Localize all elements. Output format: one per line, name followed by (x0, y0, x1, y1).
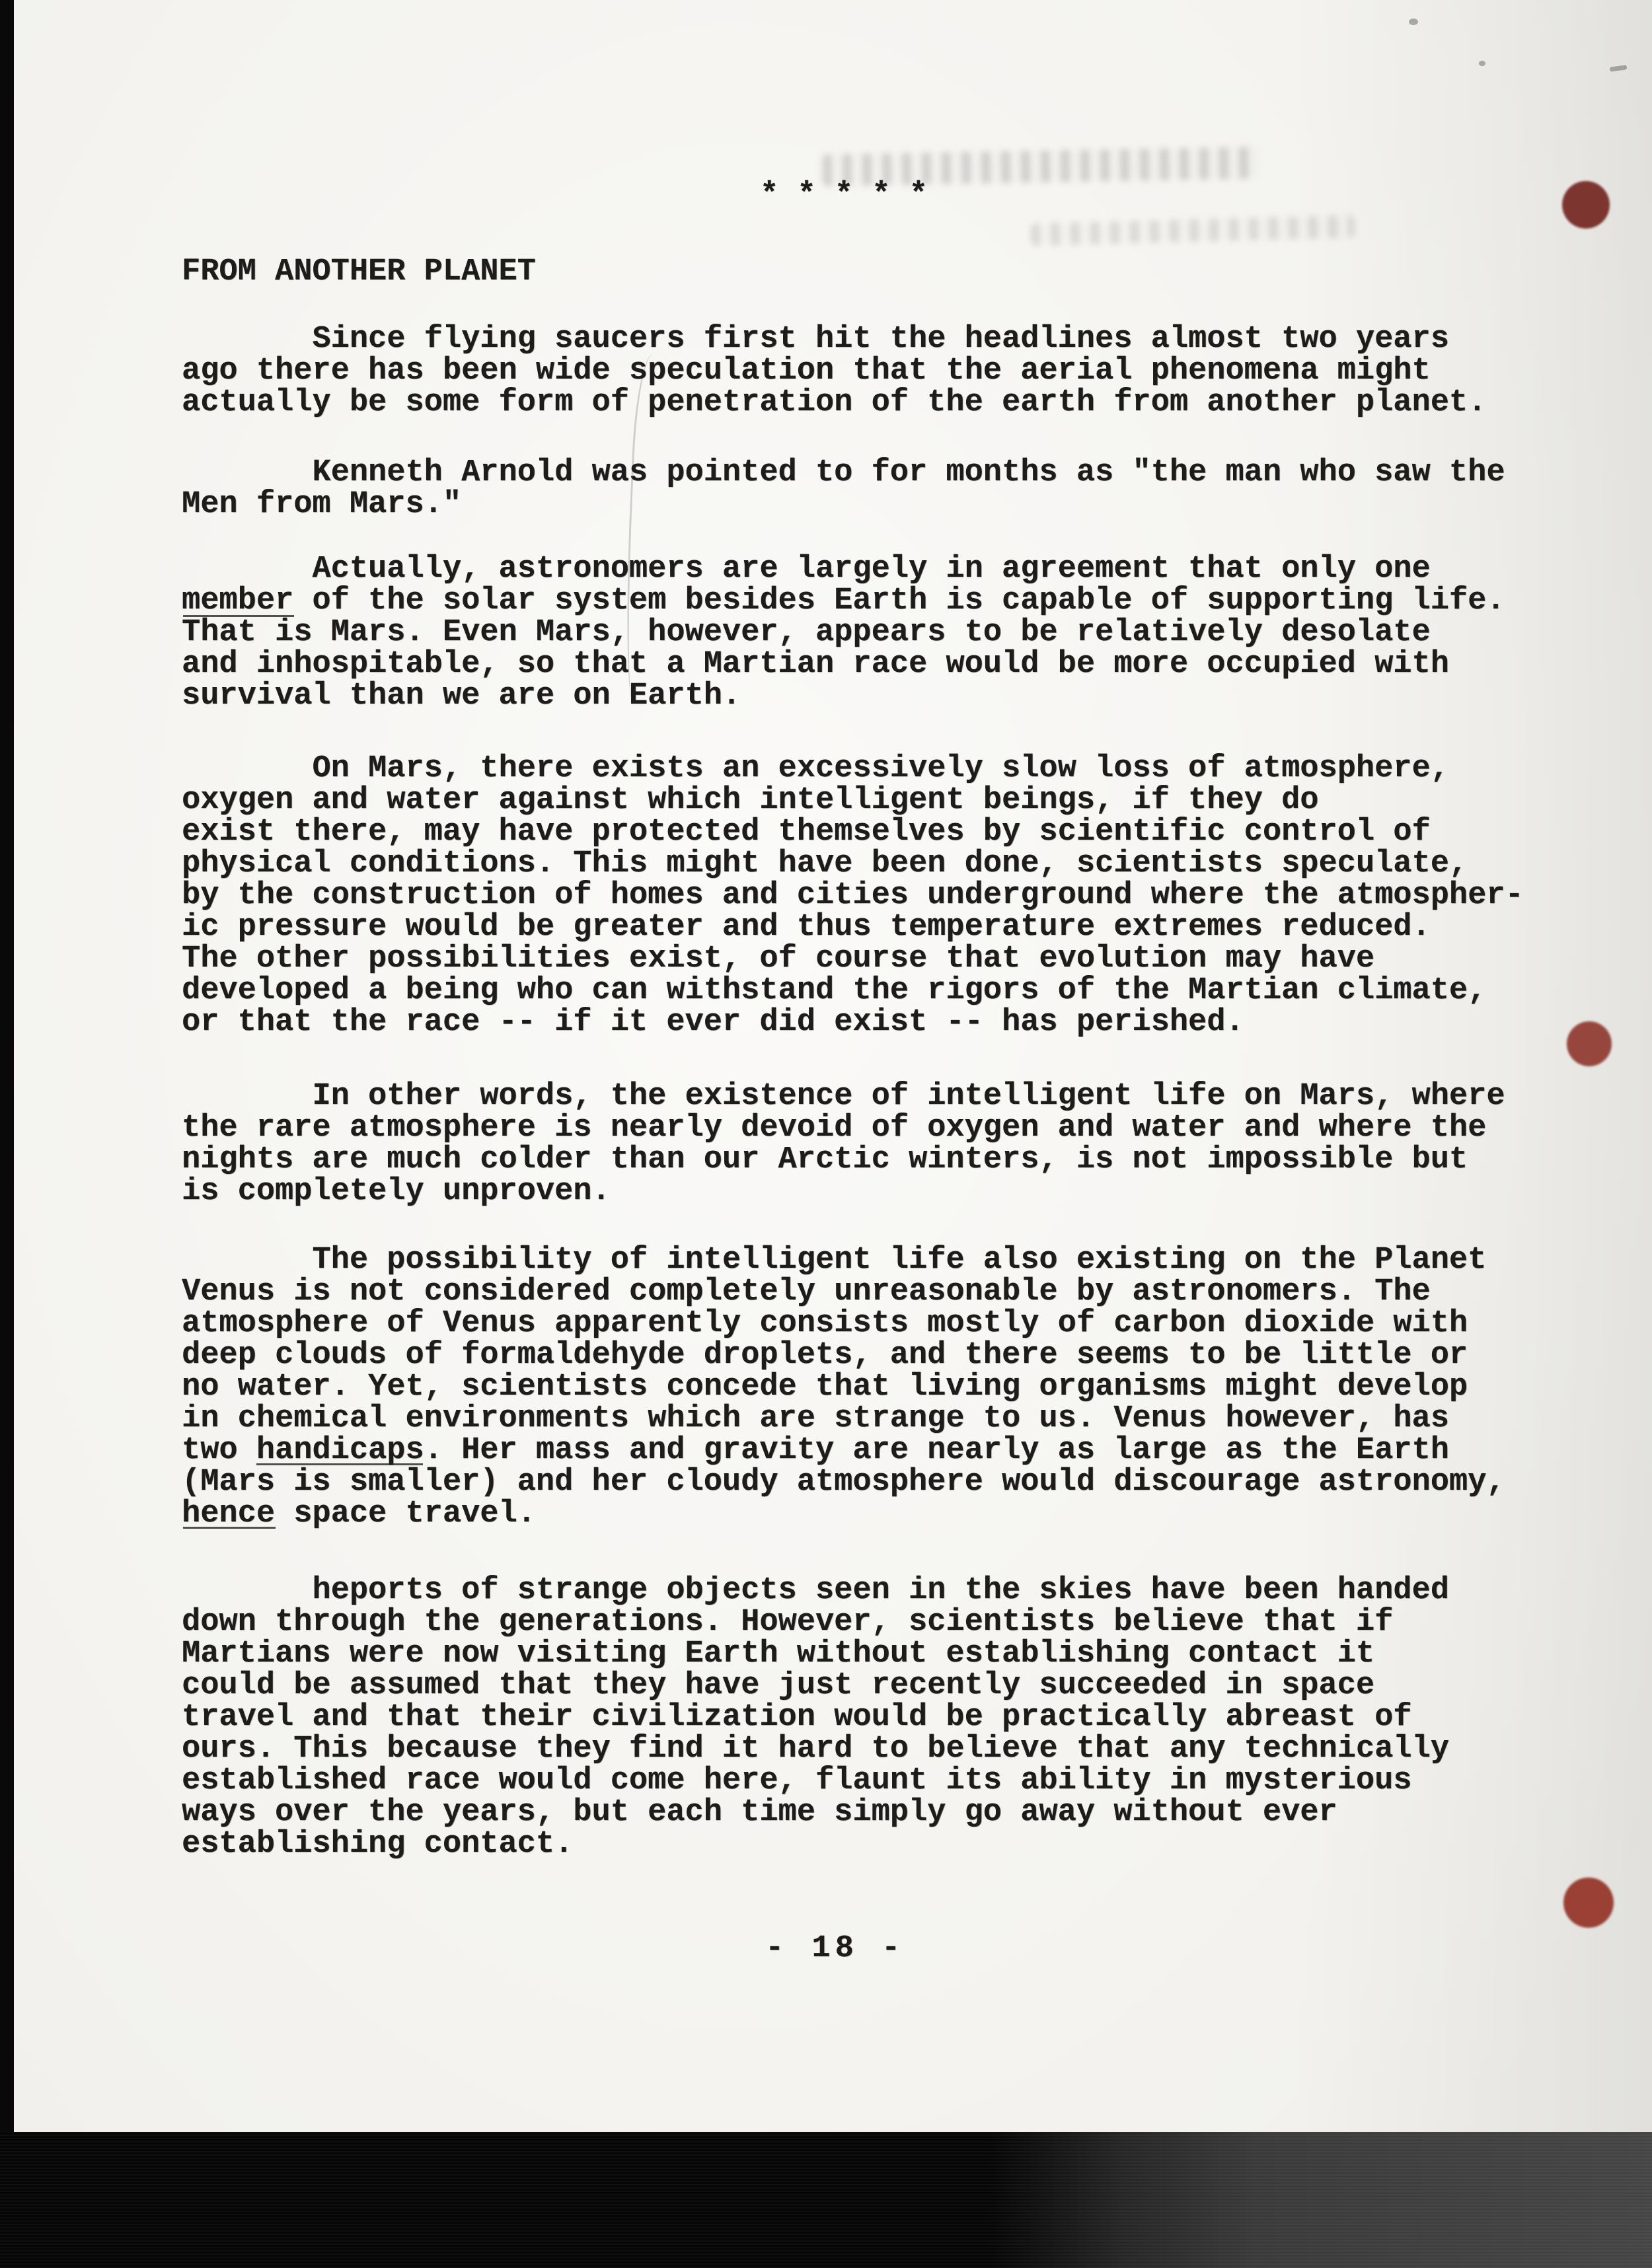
separator-stars: * * * * * (760, 180, 928, 211)
red-punch-dot-middle (1567, 1021, 1612, 1066)
page-number: - 18 - (765, 1933, 905, 1965)
paragraph-7: heports of strange objects seen in the s… (182, 1575, 1449, 1860)
paragraph-1: Since flying saucers first hit the headl… (182, 324, 1486, 419)
scan-speck (1610, 65, 1628, 72)
faint-handwriting-smudge (1031, 215, 1355, 246)
red-punch-dot-top (1562, 181, 1610, 229)
paragraph-2: Kenneth Arnold was pointed to for months… (182, 457, 1505, 521)
paragraph-6: The possibility of intelligent life also… (182, 1245, 1505, 1530)
scanline-texture (0, 2132, 1652, 2268)
scan-edge-left (0, 0, 14, 2268)
underline-artifact (256, 1463, 423, 1465)
paragraph-3: Actually, astronomers are largely in agr… (182, 554, 1505, 712)
paragraph-4: On Mars, there exists an excessively slo… (182, 753, 1524, 1039)
scan-speck (1479, 61, 1485, 66)
underline-artifact (183, 615, 294, 617)
scan-edge-bottom (0, 2132, 1652, 2268)
underline-artifact (183, 1527, 276, 1529)
red-punch-dot-bottom (1563, 1878, 1614, 1928)
scan-speck (1409, 18, 1418, 25)
scanned-document-page: * * * * * FROM ANOTHER PLANET Since flyi… (0, 0, 1652, 2268)
document-title: FROM ANOTHER PLANET (182, 256, 536, 288)
paragraph-5: In other words, the existence of intelli… (182, 1081, 1505, 1208)
